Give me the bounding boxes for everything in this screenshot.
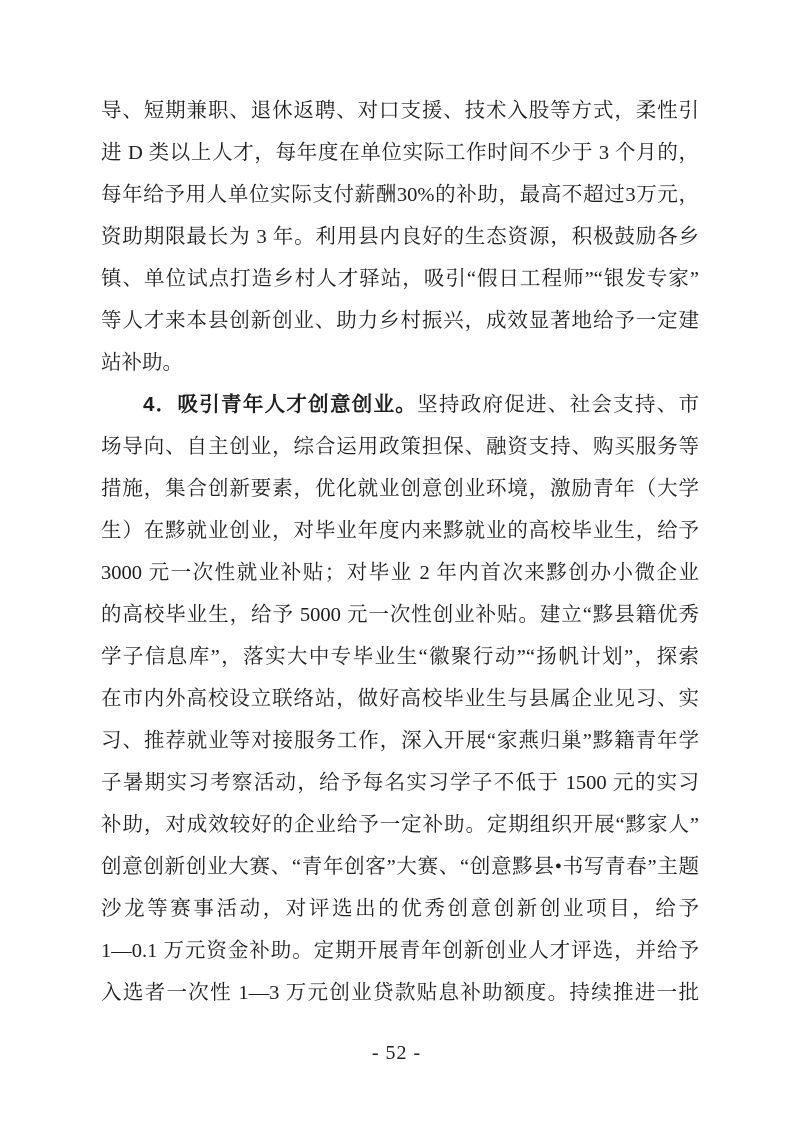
document-page: 导、短期兼职、退休返聘、对口支援、技术入股等方式，柔性引 进 D 类以上人才，每… xyxy=(0,0,793,1122)
paragraph2-line: 创意创新创业大赛、“青年创客”大赛、“创意黟县•书写青春”主题 xyxy=(101,846,699,888)
paragraph2-line: 习、推荐就业等对接服务工作，深入开展“家燕归巢”黟籍青年学 xyxy=(101,720,699,762)
paragraph2-line: 的高校毕业生，给予 5000 元一次性创业补贴。建立“黟县籍优秀 xyxy=(101,594,699,636)
paragraph2-line: 3000 元一次性就业补贴；对毕业 2 年内首次来黟创办小微企业 xyxy=(101,552,699,594)
paragraph2-heading: 4．吸引青年人才创意创业。 xyxy=(143,393,417,416)
paragraph2-line: 子暑期实习考察活动，给予每名实习学子不低于 1500 元的实习 xyxy=(101,762,699,804)
paragraph2-line: 场导向、自主创业，综合运用政策担保、融资支持、购买服务等 xyxy=(101,426,699,468)
page-number: - 52 - xyxy=(0,1038,793,1068)
paragraph2-line: 学子信息库”，落实大中专毕业生“徽聚行动”“扬帆计划”，探索 xyxy=(101,636,699,678)
paragraph2-line: 沙龙等赛事活动，对评选出的优秀创意创新创业项目，给予 xyxy=(101,888,699,930)
paragraph2-line: 坚持政府促进、社会支持、市 xyxy=(417,394,699,416)
paragraph1-last-line: 站补助。 xyxy=(101,342,699,384)
paragraph1-line: 等人才来本县创新创业、助力乡村振兴，成效显著地给予一定建 xyxy=(101,300,699,342)
paragraph2-line: 措施，集合创新要素，优化就业创意创业环境，激励青年（大学 xyxy=(101,468,699,510)
paragraph2-line: 补助，对成效较好的企业给予一定补助。定期组织开展“黟家人” xyxy=(101,804,699,846)
body-text: 导、短期兼职、退休返聘、对口支援、技术入股等方式，柔性引 进 D 类以上人才，每… xyxy=(101,90,699,1014)
paragraph2-line: 生）在黟就业创业，对毕业年度内来黟就业的高校毕业生，给予 xyxy=(101,510,699,552)
paragraph2-line: 在市内外高校设立联络站，做好高校毕业生与县属企业见习、实 xyxy=(101,678,699,720)
paragraph1-line: 每年给予用人单位实际支付薪酬30%的补助，最高不超过3万元， xyxy=(101,174,699,216)
paragraph1-line: 资助期限最长为 3 年。利用县内良好的生态资源，积极鼓励各乡 xyxy=(101,216,699,258)
paragraph1-line: 进 D 类以上人才，每年度在单位实际工作时间不少于 3 个月的， xyxy=(101,132,699,174)
paragraph2-first-line: 4．吸引青年人才创意创业。坚持政府促进、社会支持、市 xyxy=(101,384,699,426)
paragraph1-line: 导、短期兼职、退休返聘、对口支援、技术入股等方式，柔性引 xyxy=(101,90,699,132)
paragraph2-line: 入选者一次性 1—3 万元创业贷款贴息补助额度。持续推进一批 xyxy=(101,972,699,1014)
paragraph1-line: 镇、单位试点打造乡村人才驿站，吸引“假日工程师”“银发专家” xyxy=(101,258,699,300)
paragraph2-line: 1—0.1 万元资金补助。定期开展青年创新创业人才评选，并给予 xyxy=(101,930,699,972)
